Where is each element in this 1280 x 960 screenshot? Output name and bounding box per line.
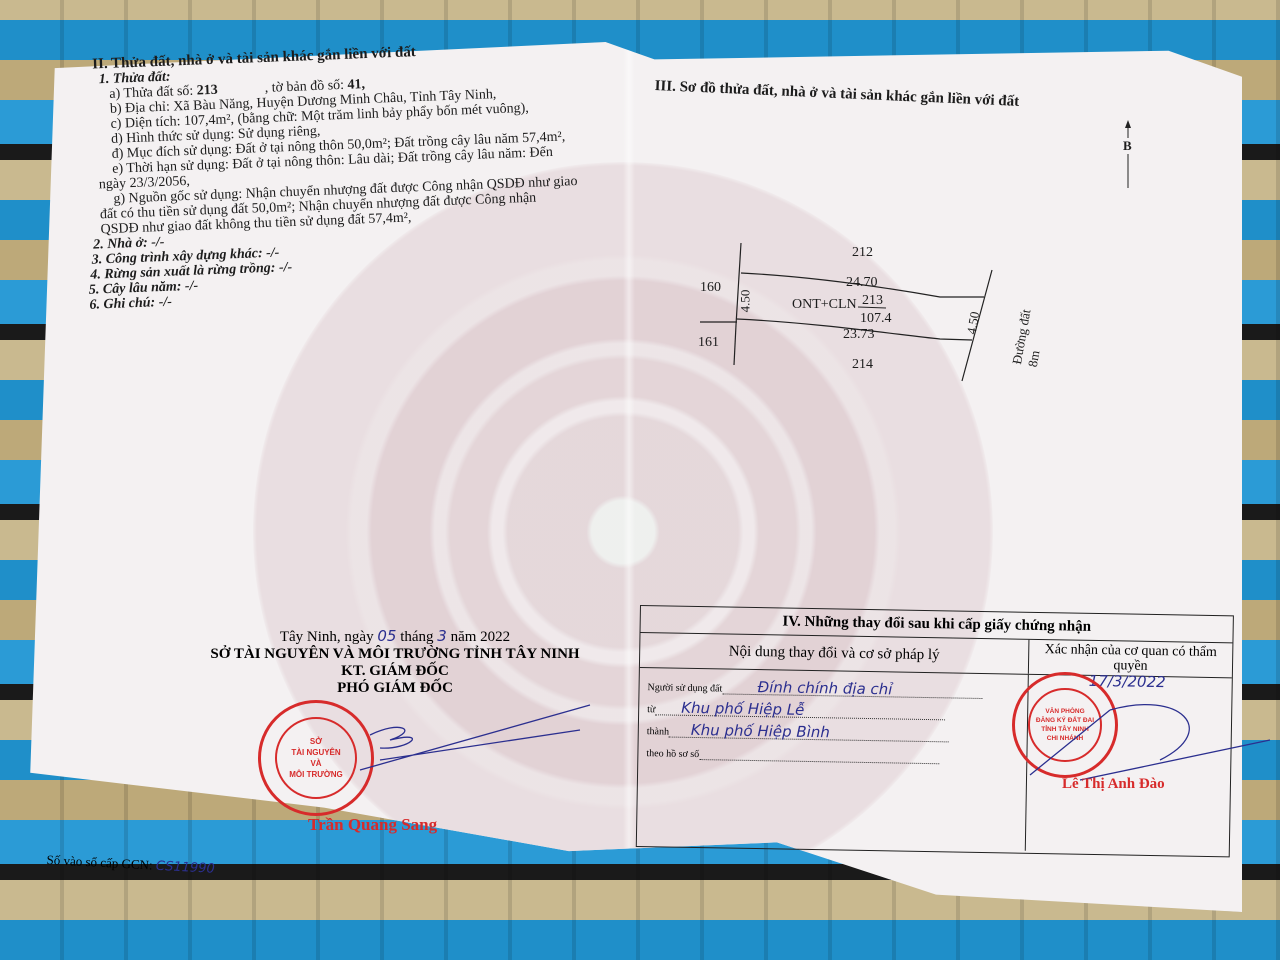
- gcn-label: Số vào sổ cấp GCN:: [46, 852, 153, 873]
- section-ii: II. Thửa đất, nhà ở và tài sản khác gắn …: [80, 39, 582, 313]
- row-label: theo hồ sơ số: [646, 748, 699, 760]
- date-day: 05: [377, 627, 396, 645]
- north-arrow-icon: [1118, 120, 1138, 190]
- stamp-line: SỞ: [310, 736, 322, 747]
- date-prefix: Tây Ninh, ngày: [280, 629, 374, 645]
- parcel-number: 213: [196, 83, 218, 99]
- issuer-signature-block: Tây Ninh, ngày 05 tháng 3 năm 2022 SỞ TÀ…: [195, 627, 595, 697]
- row-label: thành: [647, 726, 669, 737]
- north-label: B: [1123, 138, 1132, 154]
- page-fold: [623, 42, 635, 912]
- edge-top-length: 24.70: [846, 275, 878, 291]
- neighbor-bottom: 214: [852, 357, 873, 373]
- map-number: 41,: [347, 77, 365, 93]
- parcel-area-label: 107.4: [860, 311, 892, 327]
- role-line-2: PHÓ GIÁM ĐỐC: [195, 680, 595, 697]
- neighbor-left-bottom: 161: [698, 335, 719, 351]
- parcel-number-label: 213: [862, 293, 883, 309]
- stamp-line: TÀI NGUYÊN: [291, 747, 340, 758]
- edge-bottom-length: 23.73: [843, 327, 875, 343]
- parcel-use: ONT+CLN: [792, 297, 857, 313]
- gcn-number: CS11990: [155, 859, 215, 877]
- issuing-org: SỞ TÀI NGUYÊN VÀ MÔI TRƯỜNG TỈNH TÂY NIN…: [195, 646, 595, 663]
- edge-left-length: 4.50: [737, 290, 753, 313]
- row-value: Khu phố Hiệp Lễ: [681, 699, 804, 719]
- neighbor-top: 212: [852, 245, 873, 261]
- registry-signer-name: Lê Thị Anh Đào: [1062, 776, 1165, 793]
- row-label: Người sử dụng đất: [647, 682, 722, 694]
- stamp-line: MÔI TRƯỜNG: [289, 769, 342, 780]
- north-arrow: B: [1118, 120, 1138, 195]
- issuer-signer-name: Trần Quang Sang: [308, 815, 437, 835]
- row-label: từ: [647, 704, 655, 715]
- row-value: Khu phố Hiệp Bình: [691, 721, 830, 741]
- date-month-label: tháng: [400, 629, 433, 645]
- role-line-1: KT. GIÁM ĐỐC: [195, 663, 595, 680]
- col-header-content: Nội dung thay đổi và cơ sở pháp lý: [640, 633, 1030, 674]
- stamp-line: VÀ: [310, 758, 321, 769]
- date-year: năm 2022: [451, 629, 511, 645]
- row-value: Đính chính địa chỉ: [757, 678, 892, 698]
- parcel-sketch: 212 160 161 214 24.70 23.73 4.50 4.50 ON…: [700, 235, 1060, 405]
- date-month: 3: [437, 627, 447, 645]
- signature-scribble-left: [340, 700, 600, 790]
- gcn-register: Số vào sổ cấp GCN: CS11990: [46, 852, 215, 877]
- neighbor-left-top: 160: [700, 280, 721, 296]
